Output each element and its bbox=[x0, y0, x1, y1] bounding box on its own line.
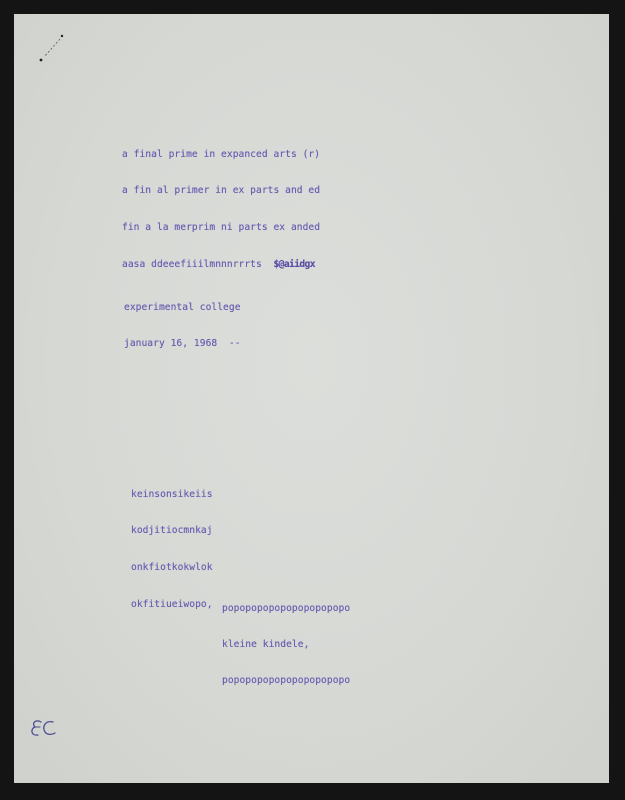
typed-line-with-overstrike: aasa ddeeefiiilmnnnrrrts $@aiidgx bbox=[122, 259, 320, 271]
poem-block-dateline: experimental college january 16, 1968 -- bbox=[124, 277, 241, 375]
handwritten-initials-ec bbox=[28, 714, 68, 744]
typed-line: popopopopopopopopopopo bbox=[222, 603, 350, 615]
typed-line: popopopopopopopopopopo bbox=[222, 675, 350, 687]
typed-line: keinsonsikeiis bbox=[131, 489, 213, 501]
pencil-tick-mark-icon bbox=[38, 34, 68, 64]
typed-line: fin a la merprim ni parts ex anded bbox=[122, 222, 320, 234]
typed-line: experimental college bbox=[124, 302, 241, 314]
typed-line: kleine kindele, bbox=[222, 639, 350, 651]
typed-line: january 16, 1968 -- bbox=[124, 338, 241, 350]
typed-line: okfitiueiwopo, bbox=[131, 599, 213, 611]
typed-line: a fin al primer in ex parts and ed bbox=[122, 185, 320, 197]
typed-line: a final prime in expanced arts (r) bbox=[122, 149, 320, 161]
typed-line: aasa ddeeefiiilmnnnrrrts bbox=[122, 259, 262, 270]
poem-block-letter-grid: keinsonsikeiis kodjitiocmnkaj onkfiotkok… bbox=[131, 464, 213, 636]
overstruck-text: $@aiidgx bbox=[273, 259, 314, 270]
document-page: a final prime in expanced arts (r) a fin… bbox=[14, 14, 609, 783]
poem-block-popopo: popopopopopopopopopopo kleine kindele, p… bbox=[222, 579, 350, 711]
typed-line: kodjitiocmnkaj bbox=[131, 525, 213, 537]
typed-line: onkfiotkokwlok bbox=[131, 562, 213, 574]
poem-block-title-permutations: a final prime in expanced arts (r) a fin… bbox=[122, 124, 320, 296]
